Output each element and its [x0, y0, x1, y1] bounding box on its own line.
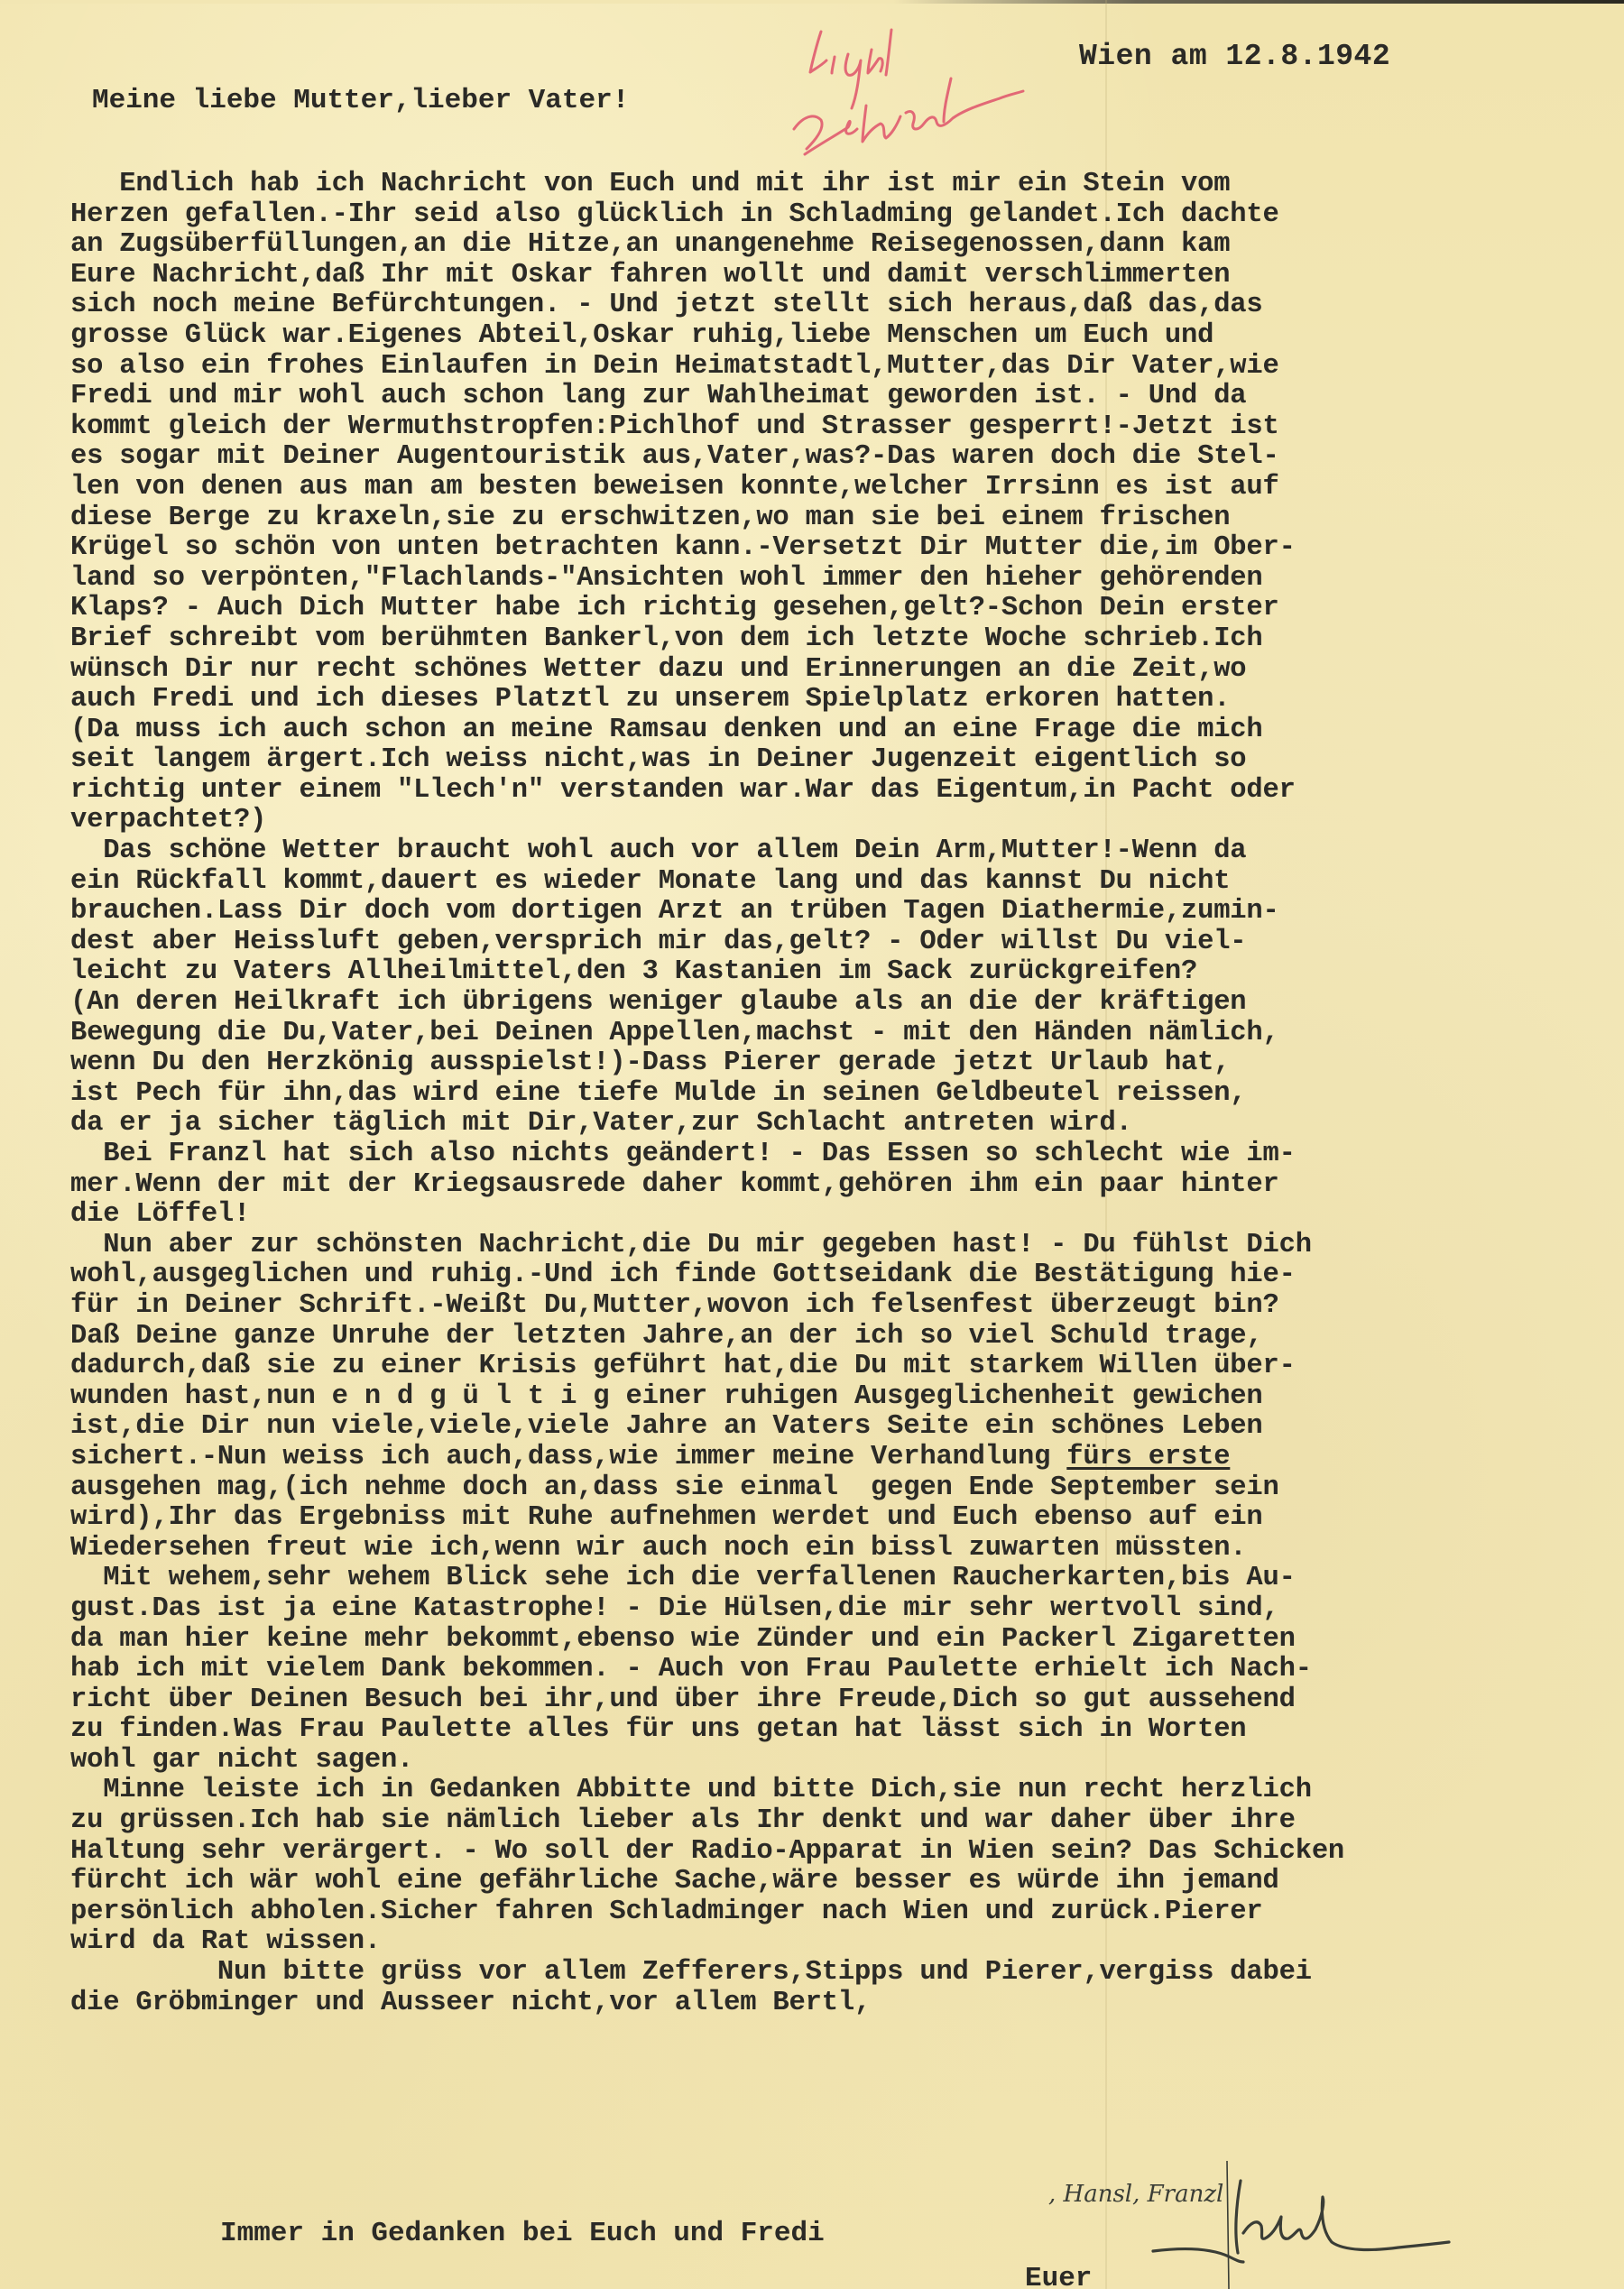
sign-off: Euer: [1025, 2263, 1092, 2289]
body-line: hab ich mit vielem Dank bekommen. - Auch…: [70, 1655, 1604, 1685]
body-line: auch Fredi und ich dieses Platztl zu uns…: [70, 685, 1604, 715]
body-line: Klaps? - Auch Dich Mutter habe ich richt…: [70, 594, 1604, 624]
body-line: richtig unter einem "Llech'n" verstanden…: [70, 776, 1604, 807]
body-line: ist Pech für ihn,das wird eine tiefe Mul…: [70, 1079, 1604, 1110]
body-line: Krügel so schön von unten betrachten kan…: [70, 533, 1604, 564]
body-line: Wiedersehen freut wie ich,wenn wir auch …: [70, 1534, 1604, 1564]
body-line: gust.Das ist ja eine Katastrophe! - Die …: [70, 1594, 1604, 1625]
body-line: Minne leiste ich in Gedanken Abbitte und…: [70, 1776, 1604, 1806]
body-line: da er ja sicher täglich mit Dir,Vater,zu…: [70, 1109, 1604, 1140]
body-line: Endlich hab ich Nachricht von Euch und m…: [70, 170, 1604, 200]
body-line: Nun bitte grüss vor allem Zefferers,Stip…: [70, 1958, 1604, 1989]
body-line: wird da Rat wissen.: [70, 1927, 1604, 1958]
body-line: zu finden.Was Frau Paulette alles für un…: [70, 1715, 1604, 1746]
body-line: wünsch Dir nur recht schönes Wetter dazu…: [70, 655, 1604, 686]
letter-salutation: Meine liebe Mutter,lieber Vater!: [92, 85, 629, 116]
body-line: Bei Franzl hat sich also nichts geändert…: [70, 1140, 1604, 1170]
body-line: so also ein frohes Einlaufen in Dein Hei…: [70, 352, 1604, 383]
body-line: (Da muss ich auch schon an meine Ramsau …: [70, 715, 1604, 746]
body-line: ausgehen mag,(ich nehme doch an,dass sie…: [70, 1473, 1604, 1504]
body-line: wohl gar nicht sagen.: [70, 1746, 1604, 1777]
body-line: die Löffel!: [70, 1200, 1604, 1231]
body-line: grosse Glück war.Eigenes Abteil,Oskar ru…: [70, 321, 1604, 352]
body-line: da man hier keine mehr bekommt,ebenso wi…: [70, 1625, 1604, 1656]
body-line: diese Berge zu kraxeln,sie zu erschwitze…: [70, 503, 1604, 534]
body-line: richt über Deinen Besuch bei ihr,und übe…: [70, 1685, 1604, 1716]
body-line: leicht zu Vaters Allheilmittel,den 3 Kas…: [70, 957, 1604, 988]
body-line: Brief schreibt vom berühmten Bankerl,von…: [70, 624, 1604, 655]
red-pencil-annotation: [785, 23, 1056, 167]
handwritten-red-note-icon: [785, 23, 1056, 167]
handwritten-signature: [1146, 2161, 1453, 2289]
body-line: für in Deiner Schrift.-Weißt Du,Mutter,w…: [70, 1291, 1604, 1322]
body-line: Haltung sehr verärgert. - Wo soll der Ra…: [70, 1837, 1604, 1868]
body-line: Nun aber zur schönsten Nachricht,die Du …: [70, 1231, 1604, 1261]
body-line: Bewegung die Du,Vater,bei Deinen Appelle…: [70, 1019, 1604, 1049]
body-line: zu grüssen.Ich hab sie nämlich lieber al…: [70, 1806, 1604, 1837]
body-line: persönlich abholen.Sicher fahren Schladm…: [70, 1897, 1604, 1928]
body-line: wunden hast,nun e n d g ü l t i g einer …: [70, 1382, 1604, 1413]
underlined-phrase: fürs erste: [1066, 1442, 1230, 1472]
body-line: wenn Du den Herzkönig ausspielst!)-Dass …: [70, 1048, 1604, 1079]
body-line: land so verpönten,"Flachlands-"Ansichten…: [70, 564, 1604, 595]
underlined-line-text: sichert.-Nun weiss ich auch,dass,wie imm…: [70, 1442, 1230, 1472]
body-line: len von denen aus man am besten beweisen…: [70, 473, 1604, 503]
letter-body: Endlich hab ich Nachricht von Euch und m…: [70, 170, 1604, 2049]
closing-greeting: Immer in Gedanken bei Euch und Fredi: [220, 2218, 825, 2249]
body-line: Daß Deine ganze Unruhe der letzten Jahre…: [70, 1322, 1604, 1352]
body-line: kommt gleich der Wermuthstropfen:Pichlho…: [70, 412, 1604, 443]
body-line: Mit wehem,sehr wehem Blick sehe ich die …: [70, 1564, 1604, 1594]
body-line: wird),Ihr das Ergebniss mit Ruhe aufnehm…: [70, 1503, 1604, 1534]
body-line: Fredi und mir wohl auch schon lang zur W…: [70, 382, 1604, 412]
letter-date: Wien am 12.8.1942: [1079, 40, 1390, 73]
paper-top-edge: [0, 0, 1624, 4]
body-line: fürcht ich wär wohl eine gefährliche Sac…: [70, 1867, 1604, 1897]
body-line: dest aber Heissluft geben,versprich mir …: [70, 928, 1604, 958]
body-line: es sogar mit Deiner Augentouristik aus,V…: [70, 442, 1604, 473]
body-line: brauchen.Lass Dir doch vom dortigen Arzt…: [70, 897, 1604, 928]
body-line: Das schöne Wetter braucht wohl auch vor …: [70, 836, 1604, 867]
body-line: Herzen gefallen.-Ihr seid also glücklich…: [70, 200, 1604, 231]
body-line: ein Rückfall kommt,dauert es wieder Mona…: [70, 867, 1604, 898]
body-line: die Gröbminger und Ausseer nicht,vor all…: [70, 1989, 1604, 2019]
body-line: ist,die Dir nun viele,viele,viele Jahre …: [70, 1412, 1604, 1443]
body-line: sich noch meine Befürchtungen. - Und jet…: [70, 291, 1604, 321]
body-line-underlined: sichert.-Nun weiss ich auch,dass,wie imm…: [70, 1443, 1604, 1473]
body-line: (An deren Heilkraft ich übrigens weniger…: [70, 988, 1604, 1019]
body-line: [70, 2018, 1604, 2049]
body-line: Eure Nachricht,daß Ihr mit Oskar fahren …: [70, 261, 1604, 291]
body-line: dadurch,daß sie zu einer Krisis geführt …: [70, 1352, 1604, 1382]
signature-icon: [1146, 2161, 1453, 2289]
body-line: mer.Wenn der mit der Kriegsausrede daher…: [70, 1170, 1604, 1201]
body-line: verpachtet?): [70, 806, 1604, 836]
body-line: an Zugsüberfüllungen,an die Hitze,an una…: [70, 230, 1604, 261]
body-line: seit langem ärgert.Ich weiss nicht,was i…: [70, 745, 1604, 776]
body-line: wohl,ausgeglichen und ruhig.-Und ich fin…: [70, 1260, 1604, 1291]
